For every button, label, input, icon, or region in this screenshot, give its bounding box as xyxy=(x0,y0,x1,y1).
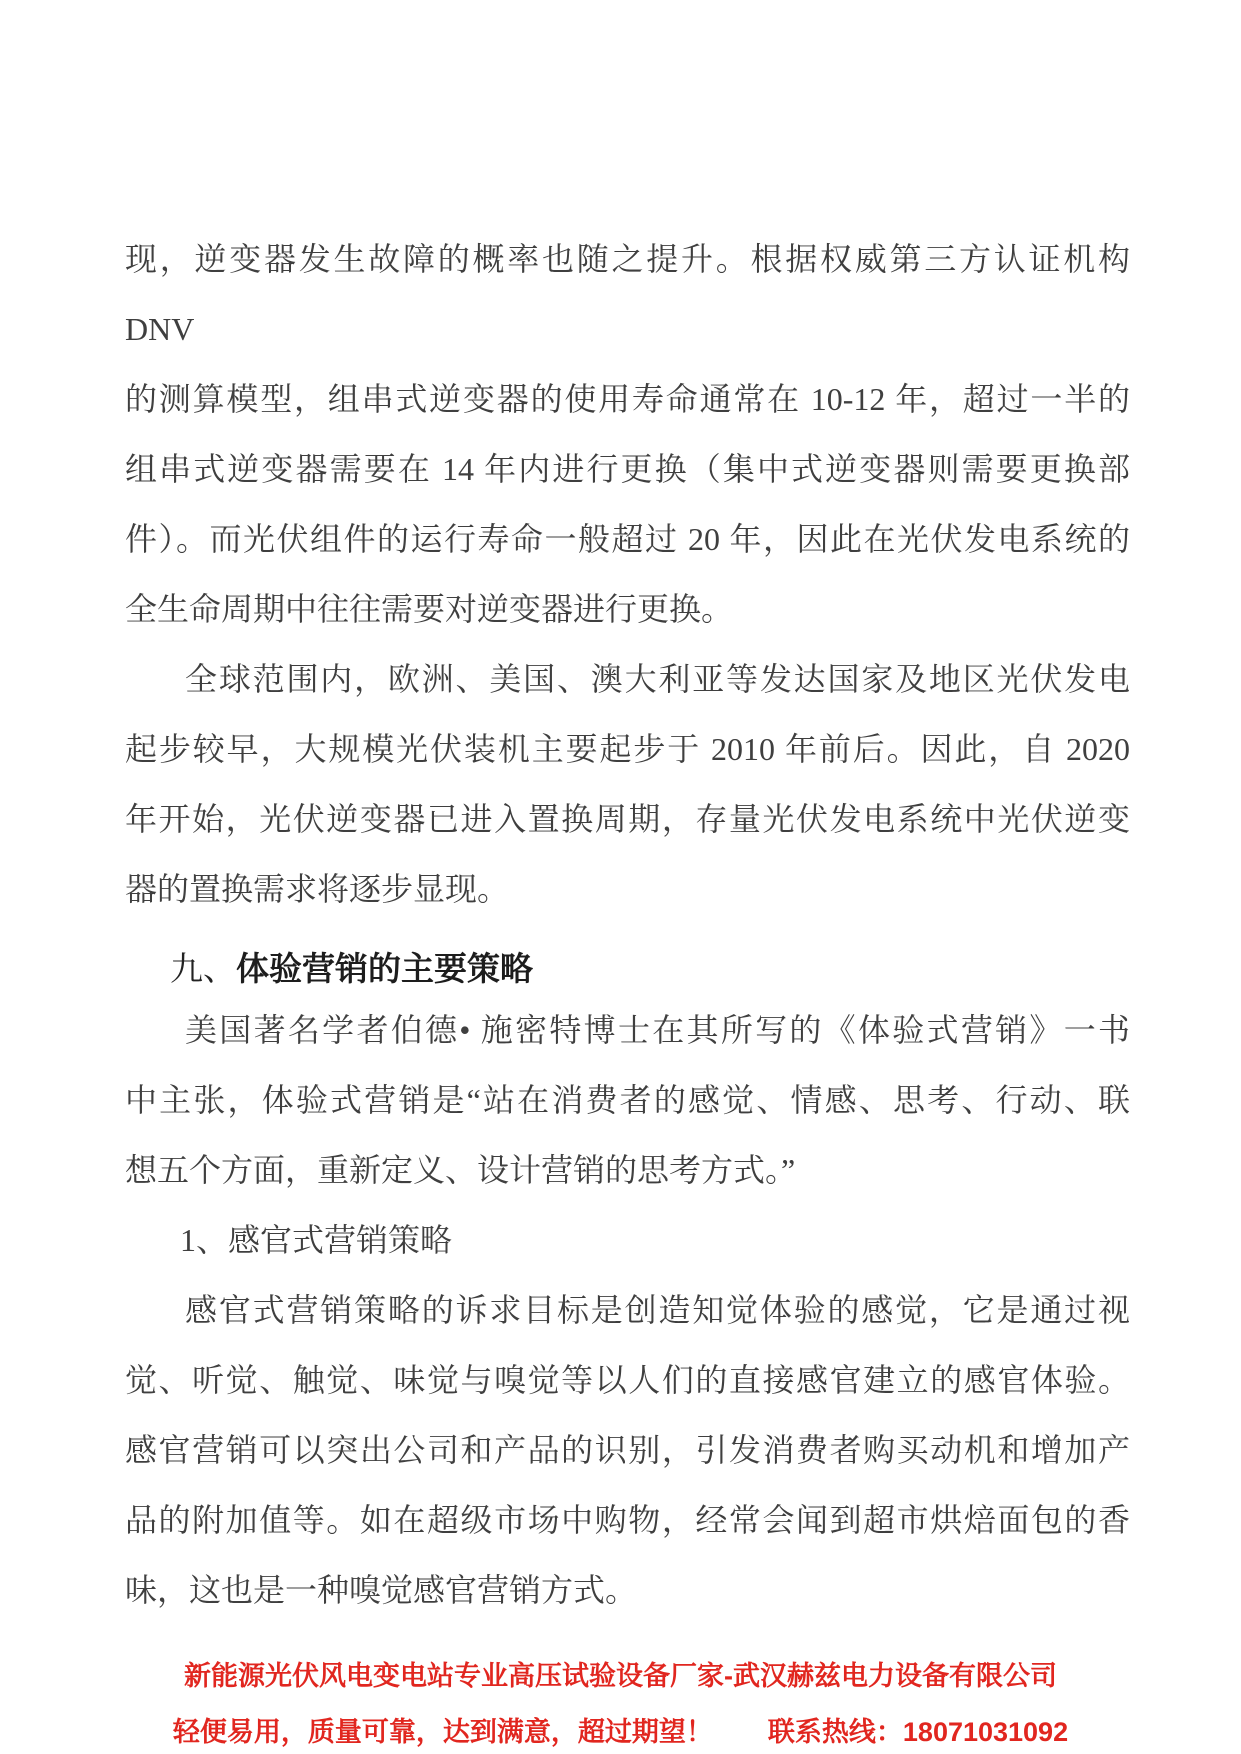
body-line: 品的附加值等。如在超级市场中购物，经常会闻到超市烘焙面包的香 xyxy=(125,1485,1130,1555)
body-line: 件）。而光伏组件的运行寿命一般超过 20 年，因此在光伏发电系统的 xyxy=(125,504,1130,574)
body-line: 觉、听觉、触觉、味觉与嗅觉等以人们的直接感官建立的感官体验。 xyxy=(125,1345,1130,1415)
page-footer: 新能源光伏风电变电站专业高压试验设备厂家-武汉赫兹电力设备有限公司 轻便易用，质… xyxy=(0,1648,1241,1754)
body-line: 全生命周期中往往需要对逆变器进行更换。 xyxy=(125,574,1130,644)
body-line: 起步较早，大规模光伏装机主要起步于 2010 年前后。因此，自 2020 xyxy=(125,714,1130,784)
body-line: 现，逆变器发生故障的概率也随之提升。根据权威第三方认证机构 DNV xyxy=(125,224,1130,364)
body-line: 想五个方面，重新定义、设计营销的思考方式。” xyxy=(125,1135,1130,1205)
body-line: 器的置换需求将逐步显现。 xyxy=(125,854,1130,924)
body-line: 感官式营销策略的诉求目标是创造知觉体验的感觉，它是通过视 xyxy=(125,1275,1130,1345)
document-page: 现，逆变器发生故障的概率也随之提升。根据权威第三方认证机构 DNV 的测算模型，… xyxy=(0,0,1241,1754)
body-line: 组串式逆变器需要在 14 年内进行更换（集中式逆变器则需要更换部 xyxy=(125,434,1130,504)
footer-hotline: 联系热线：18071031092 xyxy=(768,1717,1068,1747)
body-line: 中主张，体验式营销是“站在消费者的感觉、情感、思考、行动、联 xyxy=(125,1065,1130,1135)
footer-company-line: 新能源光伏风电变电站专业高压试验设备厂家-武汉赫兹电力设备有限公司 xyxy=(0,1648,1241,1704)
body-line: 味，这也是一种嗅觉感官营销方式。 xyxy=(125,1555,1130,1625)
body-line: 美国著名学者伯德• 施密特博士在其所写的《体验式营销》一书 xyxy=(125,995,1130,1065)
body-line: 的测算模型，组串式逆变器的使用寿命通常在 10-12 年，超过一半的 xyxy=(125,364,1130,434)
section-title: 体验营销的主要策略 xyxy=(236,950,533,987)
footer-slogan: 轻便易用，质量可靠，达到满意，超过期望！ xyxy=(173,1717,713,1747)
body-line: 感官营销可以突出公司和产品的识别，引发消费者购买动机和增加产 xyxy=(125,1415,1130,1485)
body-line: 全球范围内，欧洲、美国、澳大利亚等发达国家及地区光伏发电 xyxy=(125,644,1130,714)
page-body: 现，逆变器发生故障的概率也随之提升。根据权威第三方认证机构 DNV 的测算模型，… xyxy=(125,224,1130,1625)
footer-contact-line: 轻便易用，质量可靠，达到满意，超过期望！联系热线：18071031092 xyxy=(0,1704,1241,1754)
body-line: 年开始，光伏逆变器已进入置换周期，存量光伏发电系统中光伏逆变 xyxy=(125,784,1130,854)
section-number: 九、 xyxy=(170,952,236,988)
list-item-heading: 1、感官式营销策略 xyxy=(125,1205,1130,1275)
